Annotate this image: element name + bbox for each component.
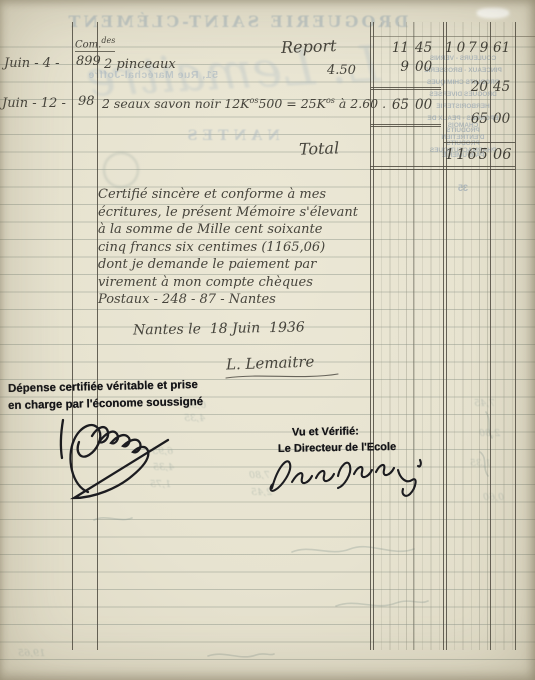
certification-line: Certifié sincère et conforme à mes	[98, 186, 398, 204]
rule-amount1-left-b	[373, 22, 374, 650]
total-francs: 1165	[445, 147, 488, 163]
row2-centimes: 00	[415, 97, 439, 113]
row2-date: Juin - 12 -	[2, 96, 66, 111]
verified-stamp-line1: Vu et Vérifié:	[292, 425, 359, 438]
row2-francs: 65	[373, 97, 409, 113]
com-column-header: Com.des	[75, 36, 115, 52]
certification-line: à la somme de Mille cent soixante	[98, 221, 398, 239]
carry1-francs: 20	[445, 79, 488, 95]
com-header-abbr: Com.	[75, 39, 101, 50]
row1-unit-price: 4.50	[327, 63, 356, 78]
rule-total-bottom-b	[370, 169, 515, 170]
certification-paragraph: Certifié sincère et conforme à mes écrit…	[98, 186, 398, 309]
author-signature-flourish	[222, 370, 342, 384]
report-francs-2: 1079	[445, 40, 488, 56]
certification-line: virement à mon compte chèques	[98, 274, 398, 292]
rule-amount1-centimes-divider	[413, 22, 414, 650]
row2-desc-b: 500 = 25K	[258, 96, 326, 111]
rule-com-column-right	[97, 22, 98, 650]
report-francs-1: 11	[373, 40, 409, 56]
row2-desc-sup-b: os	[326, 96, 335, 105]
total-label: Total	[299, 138, 340, 158]
row2-desc-a: 2 seaux savon noir 12K	[102, 96, 250, 111]
com-header-sup: des	[101, 36, 115, 45]
report-label: Report	[281, 36, 337, 57]
rule-total-bottom-a	[370, 166, 515, 167]
ledger-memoir-page: DROGUERIE SAINT-CLÉMENT L. Lemaitre 51, …	[0, 0, 535, 680]
econome-signature	[48, 412, 183, 507]
rule-subtotal2-b	[371, 126, 441, 127]
directeur-signature	[262, 448, 432, 510]
carry2-francs: 65	[445, 111, 488, 127]
rule-subtotal1-b	[371, 89, 441, 90]
staple-glare	[477, 8, 509, 18]
report-centimes-1: 45	[415, 40, 439, 56]
row1-description: 2 pinceaux	[104, 57, 176, 72]
row1-francs: 9	[373, 59, 409, 75]
row1-com-number: 899	[76, 54, 101, 69]
total-centimes: 06	[493, 147, 515, 163]
rule-right-edge	[515, 22, 516, 650]
rule-date-column-right	[72, 22, 73, 650]
rule-subtotal2-a	[371, 124, 441, 125]
certification-line: cinq francs six centimes (1165,06)	[98, 239, 398, 257]
report-centimes-2: 61	[493, 40, 515, 56]
carry1-centimes: 45	[493, 79, 515, 95]
rule-amount1-left-a	[370, 22, 371, 650]
certification-line: écritures, le présent Mémoire s'élevant	[98, 204, 398, 222]
row2-description: 2 seaux savon noir 12Kos500 = 25Kos à 2.…	[102, 96, 386, 111]
row2-com-number: 98	[78, 94, 95, 109]
dateline: Nantes le 18 Juin 1936	[133, 320, 305, 339]
row1-centimes: 00	[415, 59, 439, 75]
certification-line: Postaux - 248 - 87 - Nantes	[98, 291, 398, 309]
row1-date: Juin - 4 -	[4, 56, 60, 71]
rule-total-top	[444, 142, 515, 143]
carry2-centimes: 00	[493, 111, 515, 127]
rule-amounts-header	[370, 36, 535, 37]
certification-line: dont je demande le paiement par	[98, 256, 398, 274]
rule-subtotal1-a	[371, 87, 441, 88]
rule-amount2-centimes-divider	[490, 22, 491, 650]
